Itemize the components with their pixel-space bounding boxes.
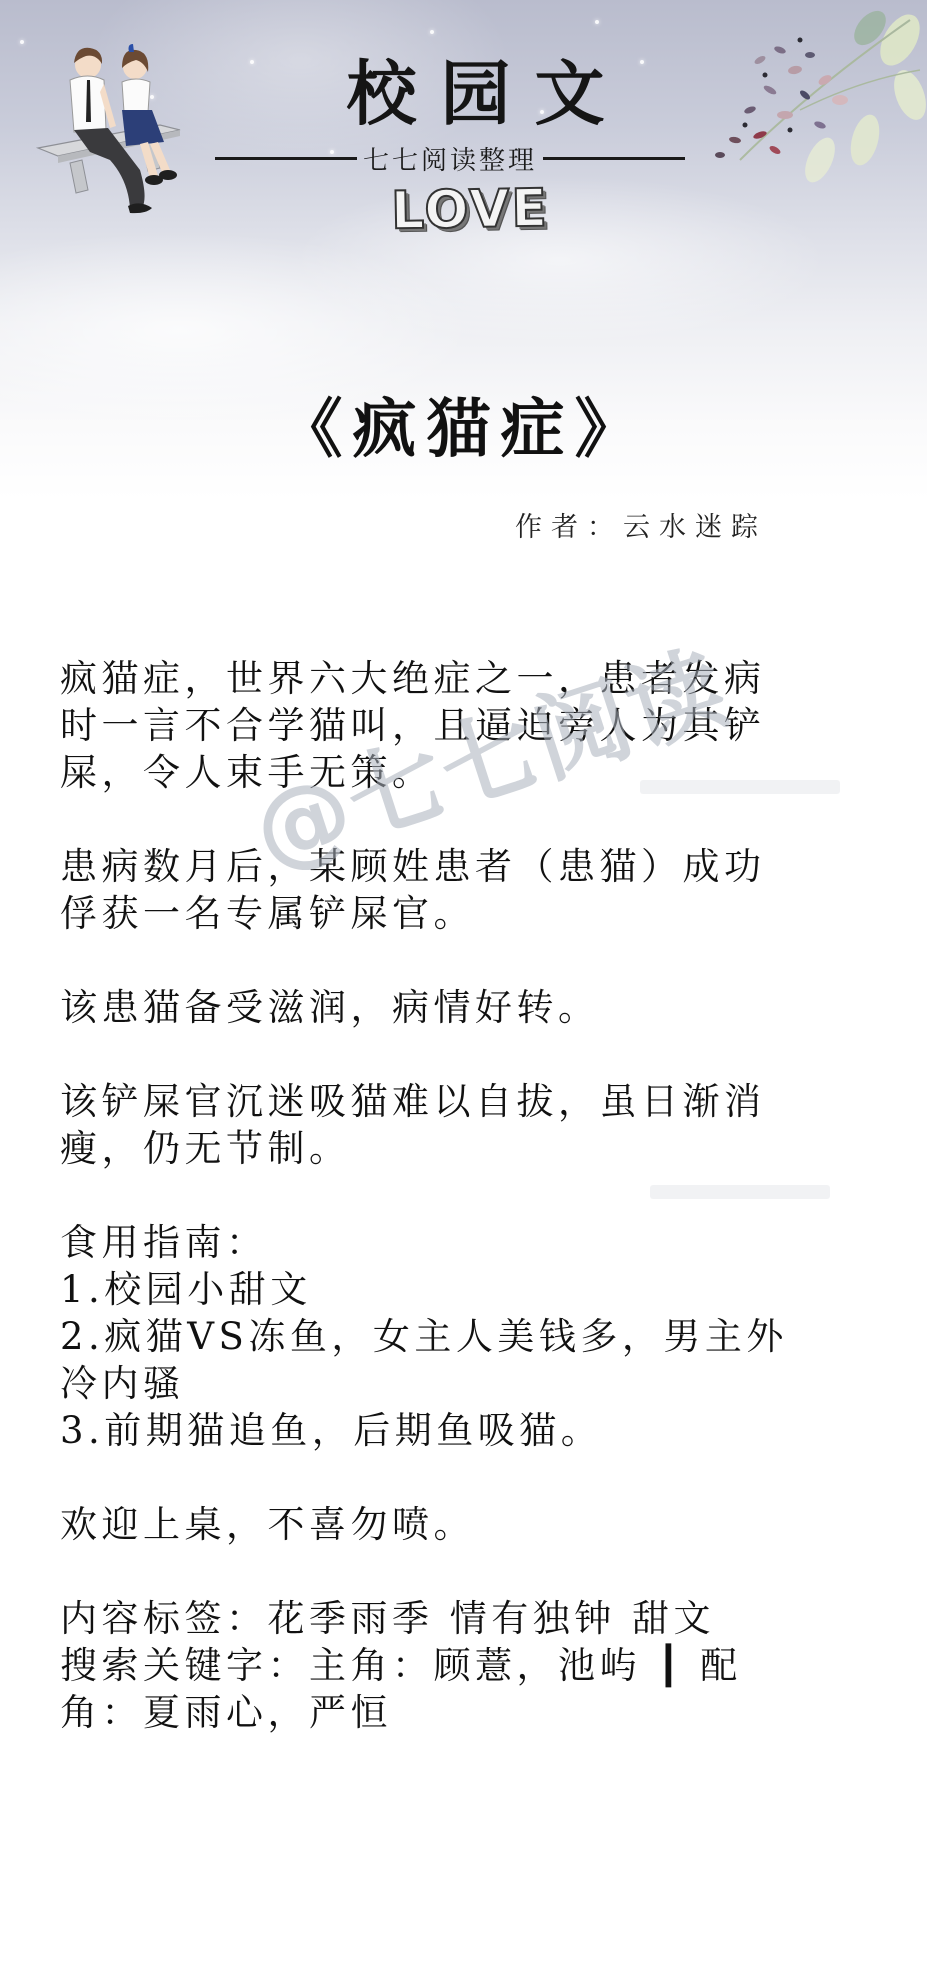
search-keywords: 搜索关键字：主角：顾薏，池屿 ┃ 配 — [60, 1642, 860, 1689]
reading-guide: 食用指南： 1.校园小甜文 2.疯猫VS冻鱼，女主人美钱多，男主外 冷内骚 3.… — [60, 1219, 860, 1454]
content-tags: 内容标签：花季雨季 情有独钟 甜文 — [60, 1595, 860, 1642]
guide-heading: 食用指南： — [60, 1219, 860, 1266]
guide-item: 1.校园小甜文 — [60, 1266, 860, 1313]
text-line: 该铲屎官沉迷吸猫难以自拔，虽日渐消 — [60, 1078, 860, 1125]
author-line: 作者：云水迷踪 — [515, 505, 767, 544]
search-keywords: 角：夏雨心，严恒 — [60, 1689, 860, 1736]
paragraph-2: 患病数月后，某顾姓患者（患猫）成功 俘获一名专属铲屎官。 — [60, 843, 860, 937]
text-line: 患病数月后，某顾姓患者（患猫）成功 — [60, 843, 860, 890]
paragraph-3: 该患猫备受滋润，病情好转。 — [60, 984, 860, 1031]
text-line: 时一言不合学猫叫，且逼迫旁人为其铲 — [60, 702, 860, 749]
banner-subtitle-row: 七七阅读整理 — [215, 138, 685, 178]
closing-line: 欢迎上桌，不喜勿喷。 — [60, 1501, 860, 1548]
text-line: 屎，令人束手无策。 — [60, 749, 860, 796]
guide-item: 3.前期猫追鱼，后期鱼吸猫。 — [60, 1407, 860, 1454]
guide-item: 2.疯猫VS冻鱼，女主人美钱多，男主外 — [60, 1313, 860, 1360]
paragraph-4: 该铲屎官沉迷吸猫难以自拔，虽日渐消 瘦，仍无节制。 — [60, 1078, 860, 1172]
divider-line-left — [215, 157, 357, 160]
banner-subtitle: 七七阅读整理 — [357, 140, 543, 177]
text-line: 疯猫症，世界六大绝症之一，患者发病 — [60, 655, 860, 702]
synopsis: 疯猫症，世界六大绝症之一，患者发病 时一言不合学猫叫，且逼迫旁人为其铲 屎，令人… — [60, 655, 860, 1736]
guide-item: 冷内骚 — [60, 1360, 860, 1407]
divider-line-right — [543, 157, 685, 160]
paragraph-1: 疯猫症，世界六大绝症之一，患者发病 时一言不合学猫叫，且逼迫旁人为其铲 屎，令人… — [60, 655, 860, 796]
love-graphic: LOVE — [379, 178, 560, 241]
tags-section: 内容标签：花季雨季 情有独钟 甜文 搜索关键字：主角：顾薏，池屿 ┃ 配 角：夏… — [60, 1595, 860, 1736]
text-line: 俘获一名专属铲屎官。 — [60, 890, 860, 937]
text-line: 该患猫备受滋润，病情好转。 — [60, 984, 860, 1031]
sparkle-decoration — [430, 30, 434, 34]
sparkle-decoration — [595, 20, 599, 24]
author-label: 作者： — [515, 512, 623, 543]
book-title: 《疯猫症》 — [0, 378, 927, 470]
text-line: 瘦，仍无节制。 — [60, 1125, 860, 1172]
banner-title: 校园文 — [0, 38, 927, 139]
author-name: 云水迷踪 — [623, 512, 767, 543]
